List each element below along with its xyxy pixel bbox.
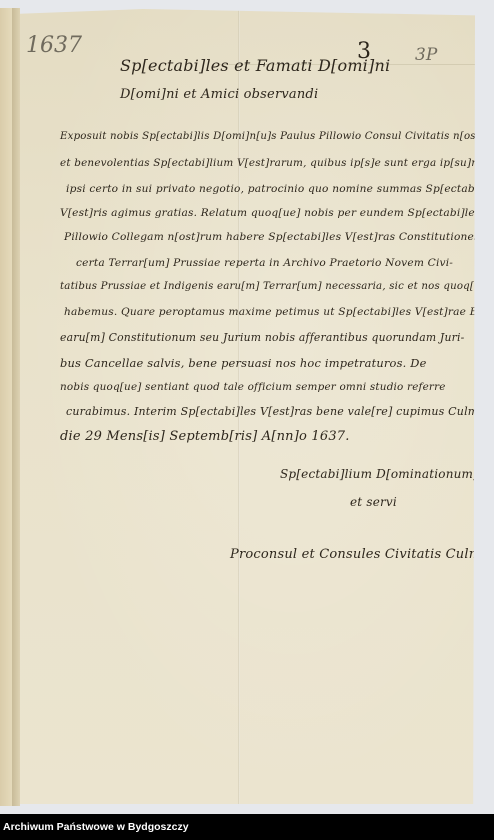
body-line: Pillowio Collegam n[ost]rum habere Sp[ec… bbox=[64, 231, 494, 243]
body-line: tatibus Prussiae et Indigenis earu[m] Te… bbox=[60, 281, 491, 292]
body-line: curabimus. Interim Sp[ectabi]les V[est]r… bbox=[66, 405, 494, 418]
body-line: Exposuit nobis Sp[ectabi]lis D[omi]n[u]s… bbox=[60, 131, 494, 142]
salutation-line-1: Sp[ectabi]les et Famati D[omi]ni bbox=[120, 56, 390, 75]
binding-shadow bbox=[12, 8, 20, 806]
body-line: earu[m] Constitutionum seu Jurium nobis … bbox=[60, 331, 464, 344]
body-line: bus Cancellae salvis, bene persuasi nos … bbox=[60, 356, 427, 370]
date-line: die 29 Mens[is] Septemb[ris] A[nn]o 1637… bbox=[60, 429, 350, 444]
salutation-line-2: D[omi]ni et Amici observandi bbox=[120, 87, 318, 102]
closing-line-2: et servi bbox=[350, 495, 397, 509]
year-annotation: 1637 bbox=[26, 33, 82, 58]
signature: Proconsul et Consules Civitatis Culmen[s… bbox=[230, 547, 494, 562]
body-line: habemus. Quare peroptamus maxime petimus… bbox=[64, 306, 494, 318]
document-viewer: 1637 3 3P Sp[ectabi]les et Famati D[omi]… bbox=[0, 0, 494, 814]
manuscript-page: 1637 3 3P Sp[ectabi]les et Famati D[omi]… bbox=[20, 9, 475, 804]
body-line: et benevolentias Sp[ectabi]lium V[est]ra… bbox=[60, 157, 494, 169]
body-line: ipsi certo in sui privato negotio, patro… bbox=[66, 183, 494, 195]
caption-bar: Archiwum Państwowe w Bydgoszczy bbox=[0, 814, 494, 840]
closing-line-1: Sp[ectabi]lium D[ominationum] V[est]raru… bbox=[280, 467, 494, 481]
body-line: certa Terrar[um] Prussiae reperta in Arc… bbox=[76, 257, 453, 269]
body-line: nobis quoq[ue] sentiant quod tale offici… bbox=[60, 381, 446, 393]
institution-caption: Archiwum Państwowe w Bydgoszczy bbox=[3, 821, 189, 833]
body-line: V[est]ris agimus gratias. Relatum quoq[u… bbox=[60, 207, 494, 219]
folio-pencil-number: 3P bbox=[415, 45, 437, 65]
